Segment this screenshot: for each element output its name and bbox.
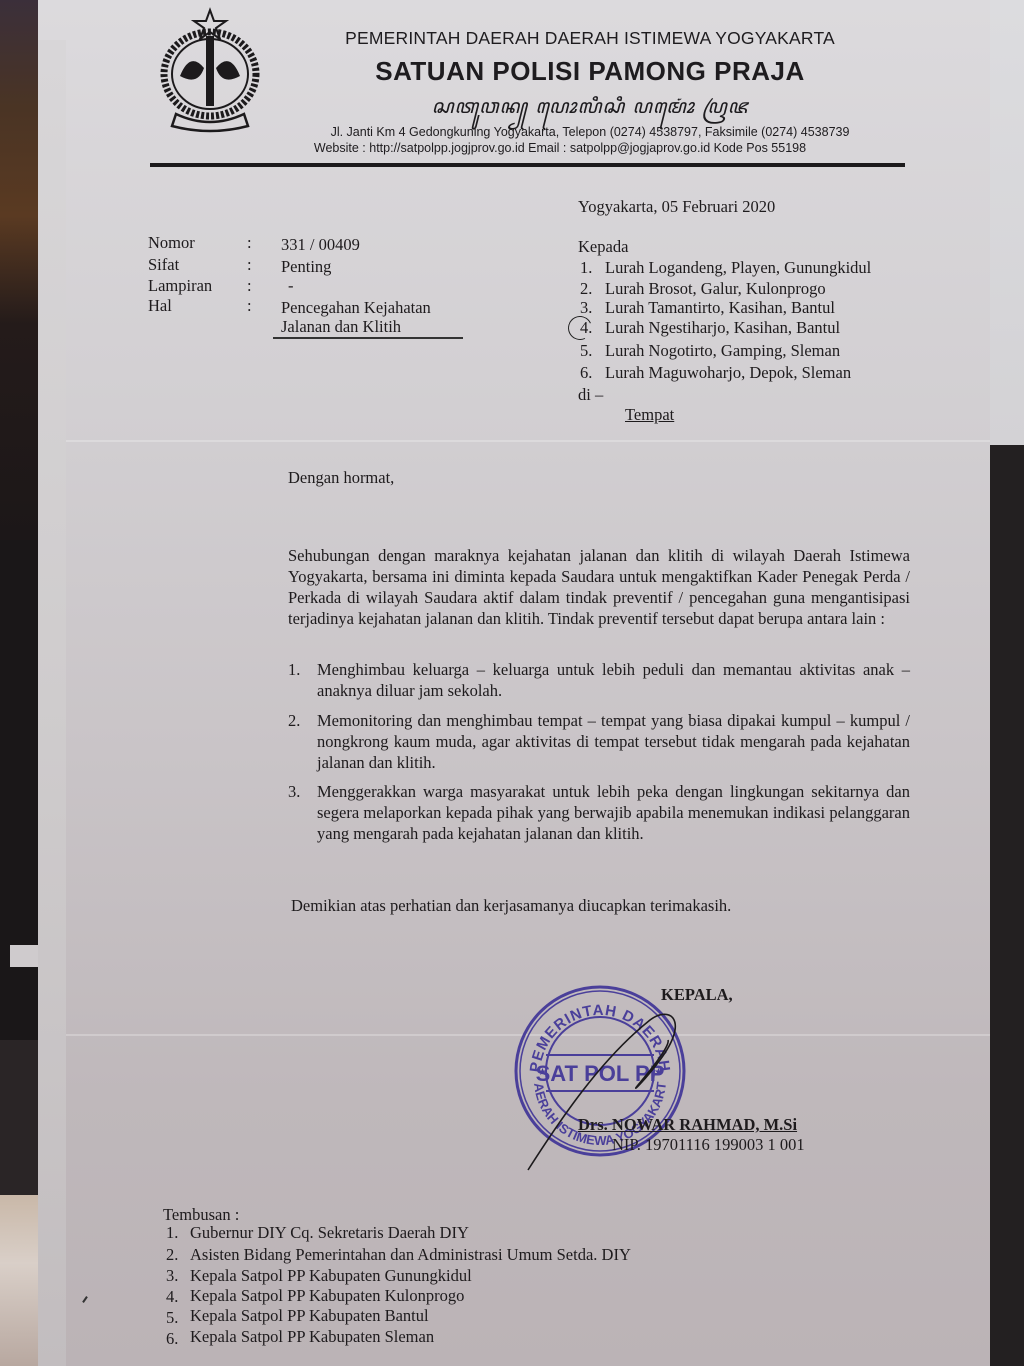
letterhead-contact: Website : http://satpolpp.jogjprov.go.id…	[240, 141, 880, 155]
meta-colon: :	[247, 232, 252, 253]
paper-fold	[66, 440, 990, 442]
cc-number: 4.	[166, 1286, 178, 1307]
cc-item: Kepala Satpol PP Kabupaten Kulonprogo	[190, 1285, 464, 1306]
subject-underline	[273, 337, 463, 339]
body-paragraph: Sehubungan dengan maraknya kejahatan jal…	[288, 545, 910, 629]
recipient-number: 5.	[580, 340, 592, 361]
cc-number: 5.	[166, 1307, 178, 1328]
letterhead-government: PEMERINTAH DAERAH DAERAH ISTIMEWA YOGYAK…	[270, 28, 910, 49]
cc-number: 2.	[166, 1244, 178, 1265]
paper-edge-right	[990, 0, 1024, 445]
body-list-item: 2. Memonitoring dan menghimbau tempat – …	[288, 710, 910, 773]
list-number: 1.	[288, 659, 300, 680]
background-right	[990, 445, 1024, 1366]
cc-item: Gubernur DIY Cq. Sekretaris Daerah DIY	[190, 1222, 469, 1243]
letterhead-organization: SATUAN POLISI PAMONG PRAJA	[270, 56, 910, 87]
meta-colon: :	[247, 254, 252, 275]
recipient-number: 6.	[580, 362, 592, 383]
cc-item: Kepala Satpol PP Kabupaten Gunungkidul	[190, 1265, 472, 1286]
letterhead-rule	[150, 163, 905, 167]
signatory-name: Drs. NOWAR RAHMAD, M.Si	[578, 1114, 797, 1135]
recipient-number: 2.	[580, 278, 592, 299]
cc-number: 6.	[166, 1328, 178, 1349]
recipients-tempat: Tempat	[625, 404, 674, 425]
body-list-item: 3. Menggerakkan warga masyarakat untuk l…	[288, 781, 910, 844]
meta-value-sifat: Penting	[281, 256, 331, 277]
list-number: 2.	[288, 710, 300, 731]
cc-item: Asisten Bidang Pemerintahan dan Administ…	[190, 1244, 631, 1265]
meta-label: Nomor	[148, 232, 195, 253]
body-list-item: 1. Menghimbau keluarga – keluarga untuk …	[288, 659, 910, 701]
recipient-number: 3.	[580, 297, 592, 318]
recipient-item: Lurah Logandeng, Playen, Gunungkidul	[605, 257, 871, 278]
letter-date: Yogyakarta, 05 Februari 2020	[578, 196, 775, 217]
meta-label: Sifat	[148, 254, 179, 275]
meta-value-lampiran: -	[288, 275, 294, 296]
recipient-item: Lurah Brosot, Galur, Kulonprogo	[605, 278, 826, 299]
closing-sentence: Demikian atas perhatian dan kerjasamanya…	[291, 895, 731, 916]
meta-value-hal: Pencegahan Kejahatan	[281, 297, 431, 318]
recipient-item: Lurah Nogotirto, Gamping, Sleman	[605, 340, 840, 361]
meta-colon: :	[247, 295, 252, 316]
cc-item: Kepala Satpol PP Kabupaten Bantul	[190, 1305, 429, 1326]
list-number: 3.	[288, 781, 300, 802]
cc-item: Kepala Satpol PP Kabupaten Sleman	[190, 1326, 434, 1347]
salutation: Dengan hormat,	[288, 467, 394, 488]
list-text: Menghimbau keluarga – keluarga untuk leb…	[317, 659, 910, 701]
list-text: Menggerakkan warga masyarakat untuk lebi…	[317, 781, 910, 844]
paper-edge	[38, 40, 66, 1366]
meta-label: Lampiran	[148, 275, 212, 296]
signatory-nip: NIP. 19701116 199003 1 001	[612, 1134, 805, 1155]
cc-number: 3.	[166, 1265, 178, 1286]
meta-value-hal-line2: Jalanan dan Klitih	[281, 316, 401, 337]
list-text: Memonitoring dan menghimbau tempat – tem…	[317, 710, 910, 773]
recipient-number: 1.	[580, 257, 592, 278]
cc-number: 1.	[166, 1222, 178, 1243]
coat-of-arms-emblem-icon	[150, 6, 270, 134]
meta-value-nomor: 331 / 00409	[281, 234, 360, 255]
meta-label: Hal	[148, 295, 172, 316]
recipients-heading: Kepada	[578, 236, 628, 257]
recipient-item: Lurah Tamantirto, Kasihan, Bantul	[605, 297, 835, 318]
recipient-item: Lurah Ngestiharjo, Kasihan, Bantul	[605, 317, 840, 338]
recipient-item: Lurah Maguwoharjo, Depok, Sleman	[605, 362, 851, 383]
meta-colon: :	[247, 275, 252, 296]
recipients-di: di –	[578, 384, 603, 405]
letterhead-address: Jl. Janti Km 4 Gedongkuning Yogyakarta, …	[270, 125, 910, 139]
